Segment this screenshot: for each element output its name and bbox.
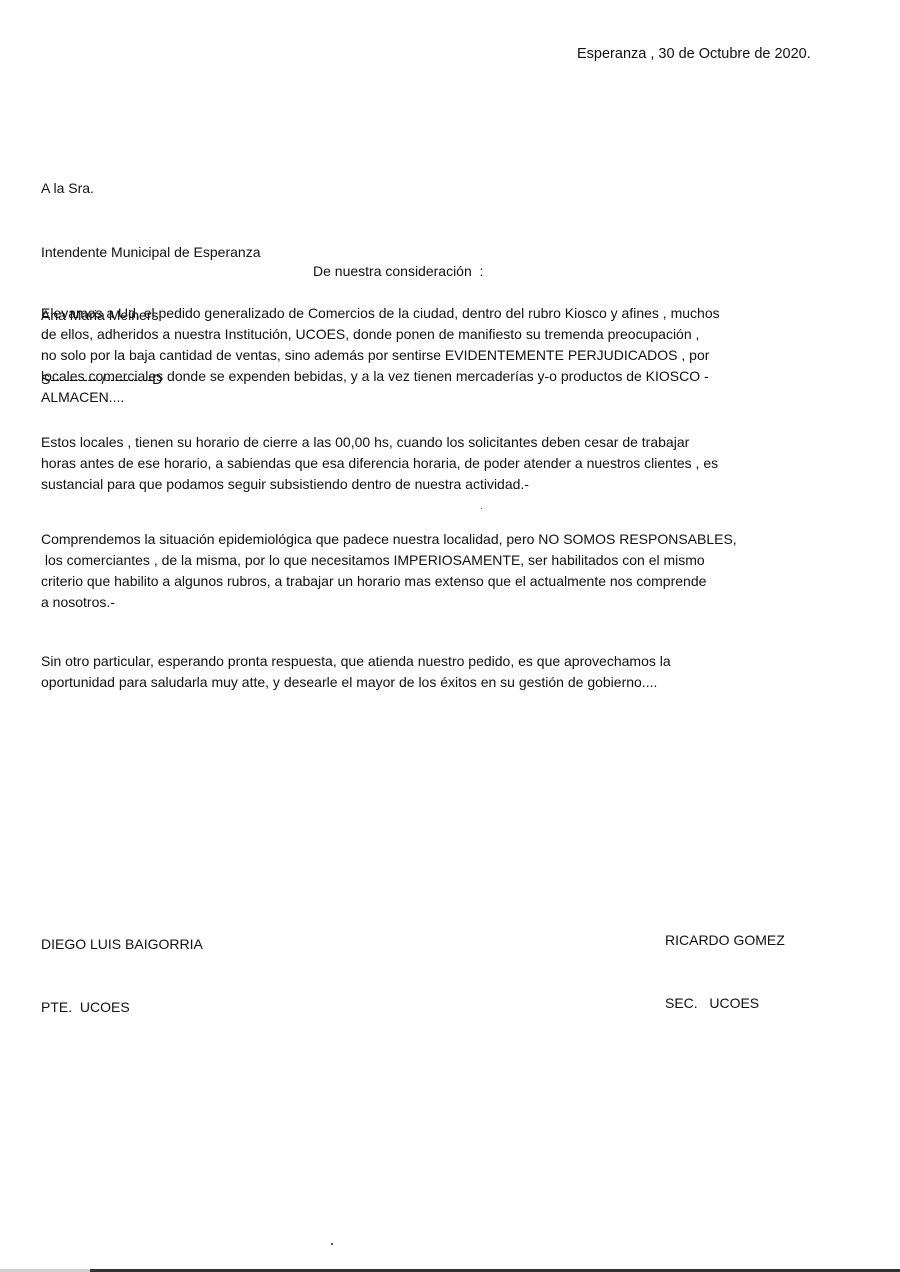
paragraph-line: Estos locales , tienen su horario de cie… <box>41 432 871 453</box>
signature-secretary: RICARDO GOMEZ SEC. UCOES <box>665 888 785 1034</box>
paragraph-line: no solo por la baja cantidad de ventas, … <box>41 345 871 366</box>
salutation: De nuestra consideración : <box>313 261 483 282</box>
paragraph-line: Elevamos a Ud, el pedido generalizado de… <box>41 303 871 324</box>
paragraph-line: Comprendemos la situación epidemiológica… <box>41 529 871 550</box>
scan-speck <box>331 1243 333 1245</box>
signatory-name: RICARDO GOMEZ <box>665 930 785 951</box>
paragraph-line: horas antes de ese horario, a sabiendas … <box>41 453 871 474</box>
paragraph-line: de ellos, adheridos a nuestra Institució… <box>41 324 871 345</box>
date-line: Esperanza , 30 de Octubre de 2020. <box>577 44 811 65</box>
paragraph-line: criterio que habilito a algunos rubros, … <box>41 571 871 592</box>
paragraph-line: locales comerciales donde se expenden be… <box>41 366 871 387</box>
scan-speck <box>481 508 482 509</box>
addressee-line: A la Sra. <box>41 178 260 200</box>
paragraph-line: los comerciantes , de la misma, por lo q… <box>41 550 871 571</box>
paragraph-line: oportunidad para saludarla muy atte, y d… <box>41 672 871 693</box>
paragraph-line: ALMACEN.... <box>41 387 871 408</box>
paragraph-schedule: Estos locales , tienen su horario de cie… <box>41 432 871 495</box>
paragraph-closing: Sin otro particular, esperando pronta re… <box>41 651 871 693</box>
paragraph-request: Elevamos a Ud, el pedido generalizado de… <box>41 303 871 408</box>
signatory-title: PTE. UCOES <box>41 997 203 1018</box>
paragraph-line: a nosotros.- <box>41 592 871 613</box>
signature-president: DIEGO LUIS BAIGORRIA PTE. UCOES <box>41 892 203 1038</box>
paragraph-line: sustancial para que podamos seguir subsi… <box>41 474 871 495</box>
signatory-name: DIEGO LUIS BAIGORRIA <box>41 934 203 955</box>
addressee-line: Intendente Municipal de Esperanza <box>41 242 260 264</box>
paragraph-line: Sin otro particular, esperando pronta re… <box>41 651 871 672</box>
signatory-title: SEC. UCOES <box>665 993 785 1014</box>
paragraph-situation: Comprendemos la situación epidemiológica… <box>41 529 871 613</box>
